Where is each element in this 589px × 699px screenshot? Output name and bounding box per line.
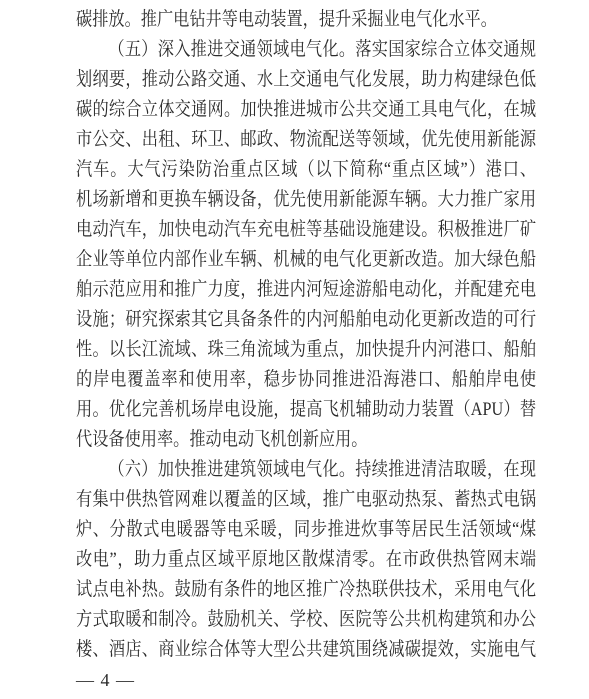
body-line: 方式取暖和制冷。鼓励机关、学校、医院等公共机构建筑和办公: [76, 605, 536, 635]
body-line: 炉、分散式电暖器等电采暖，同步推进炊事等居民生活领域“煤: [76, 515, 536, 545]
body-line: 试点电补热。鼓励有条件的地区推广冷热联供技术，采用电气化: [76, 575, 536, 605]
document-page: 碳排放。推广电钻井等电动装置，提升采掘业电气化水平。 （五）深入推进交通领域电气…: [0, 0, 589, 699]
body-line: 电动汽车，加快电动汽车充电桩等基础设施建设。积极推进厂矿: [76, 215, 536, 245]
body-line: 设施；研究探索其它具备条件的内河船舶电动化更新改造的可行: [76, 305, 536, 335]
page-number: — 4 —: [76, 665, 135, 695]
body-line: 代设备使用率。推动电动飞机创新应用。: [76, 425, 536, 455]
body-line: 企业等单位内部作业车辆、机械的电气化更新改造。加大绿色船: [76, 245, 536, 275]
body-line: 市公交、出租、环卫、邮政、物流配送等领域，优先使用新能源: [76, 125, 536, 155]
body-line: 碳排放。推广电钻井等电动装置，提升采掘业电气化水平。: [76, 5, 536, 35]
body-line: 性。以长江流域、珠三角流域为重点，加快提升内河港口、船舶: [76, 335, 536, 365]
body-line-section-5-start: （五）深入推进交通领域电气化。落实国家综合立体交通规: [76, 35, 536, 65]
body-line: 碳的综合立体交通网。加快推进城市公共交通工具电气化，在城: [76, 95, 536, 125]
body-line: 汽车。大气污染防治重点区域（以下简称“重点区域”）港口、: [76, 155, 536, 185]
body-line-section-6-start: （六）加快推进建筑领域电气化。持续推进清洁取暖，在现: [76, 455, 536, 485]
body-line: 的岸电覆盖率和使用率，稳步协同推进沿海港口、船舶岸电使: [76, 365, 536, 395]
body-line: 用。优化完善机场岸电设施，提高飞机辅助动力装置（APU）替: [76, 395, 536, 425]
body-line: 划纲要，推动公路交通、水上交通电气化发展，助力构建绿色低: [76, 65, 536, 95]
body-line: 改电”，助力重点区域平原地区散煤清零。在市政供热管网末端: [76, 545, 536, 575]
body-line: 楼、酒店、商业综合体等大型公共建筑围绕减碳提效，实施电气: [76, 635, 536, 665]
document-body: 碳排放。推广电钻井等电动装置，提升采掘业电气化水平。 （五）深入推进交通领域电气…: [76, 5, 536, 665]
body-line: 舶示范应用和推广力度，推进内河短途游船电动化，并配建充电: [76, 275, 536, 305]
body-line: 有集中供热管网难以覆盖的区域，推广电驱动热泵、蓄热式电锅: [76, 485, 536, 515]
body-line: 机场新增和更换车辆设备，优先使用新能源车辆。大力推广家用: [76, 185, 536, 215]
